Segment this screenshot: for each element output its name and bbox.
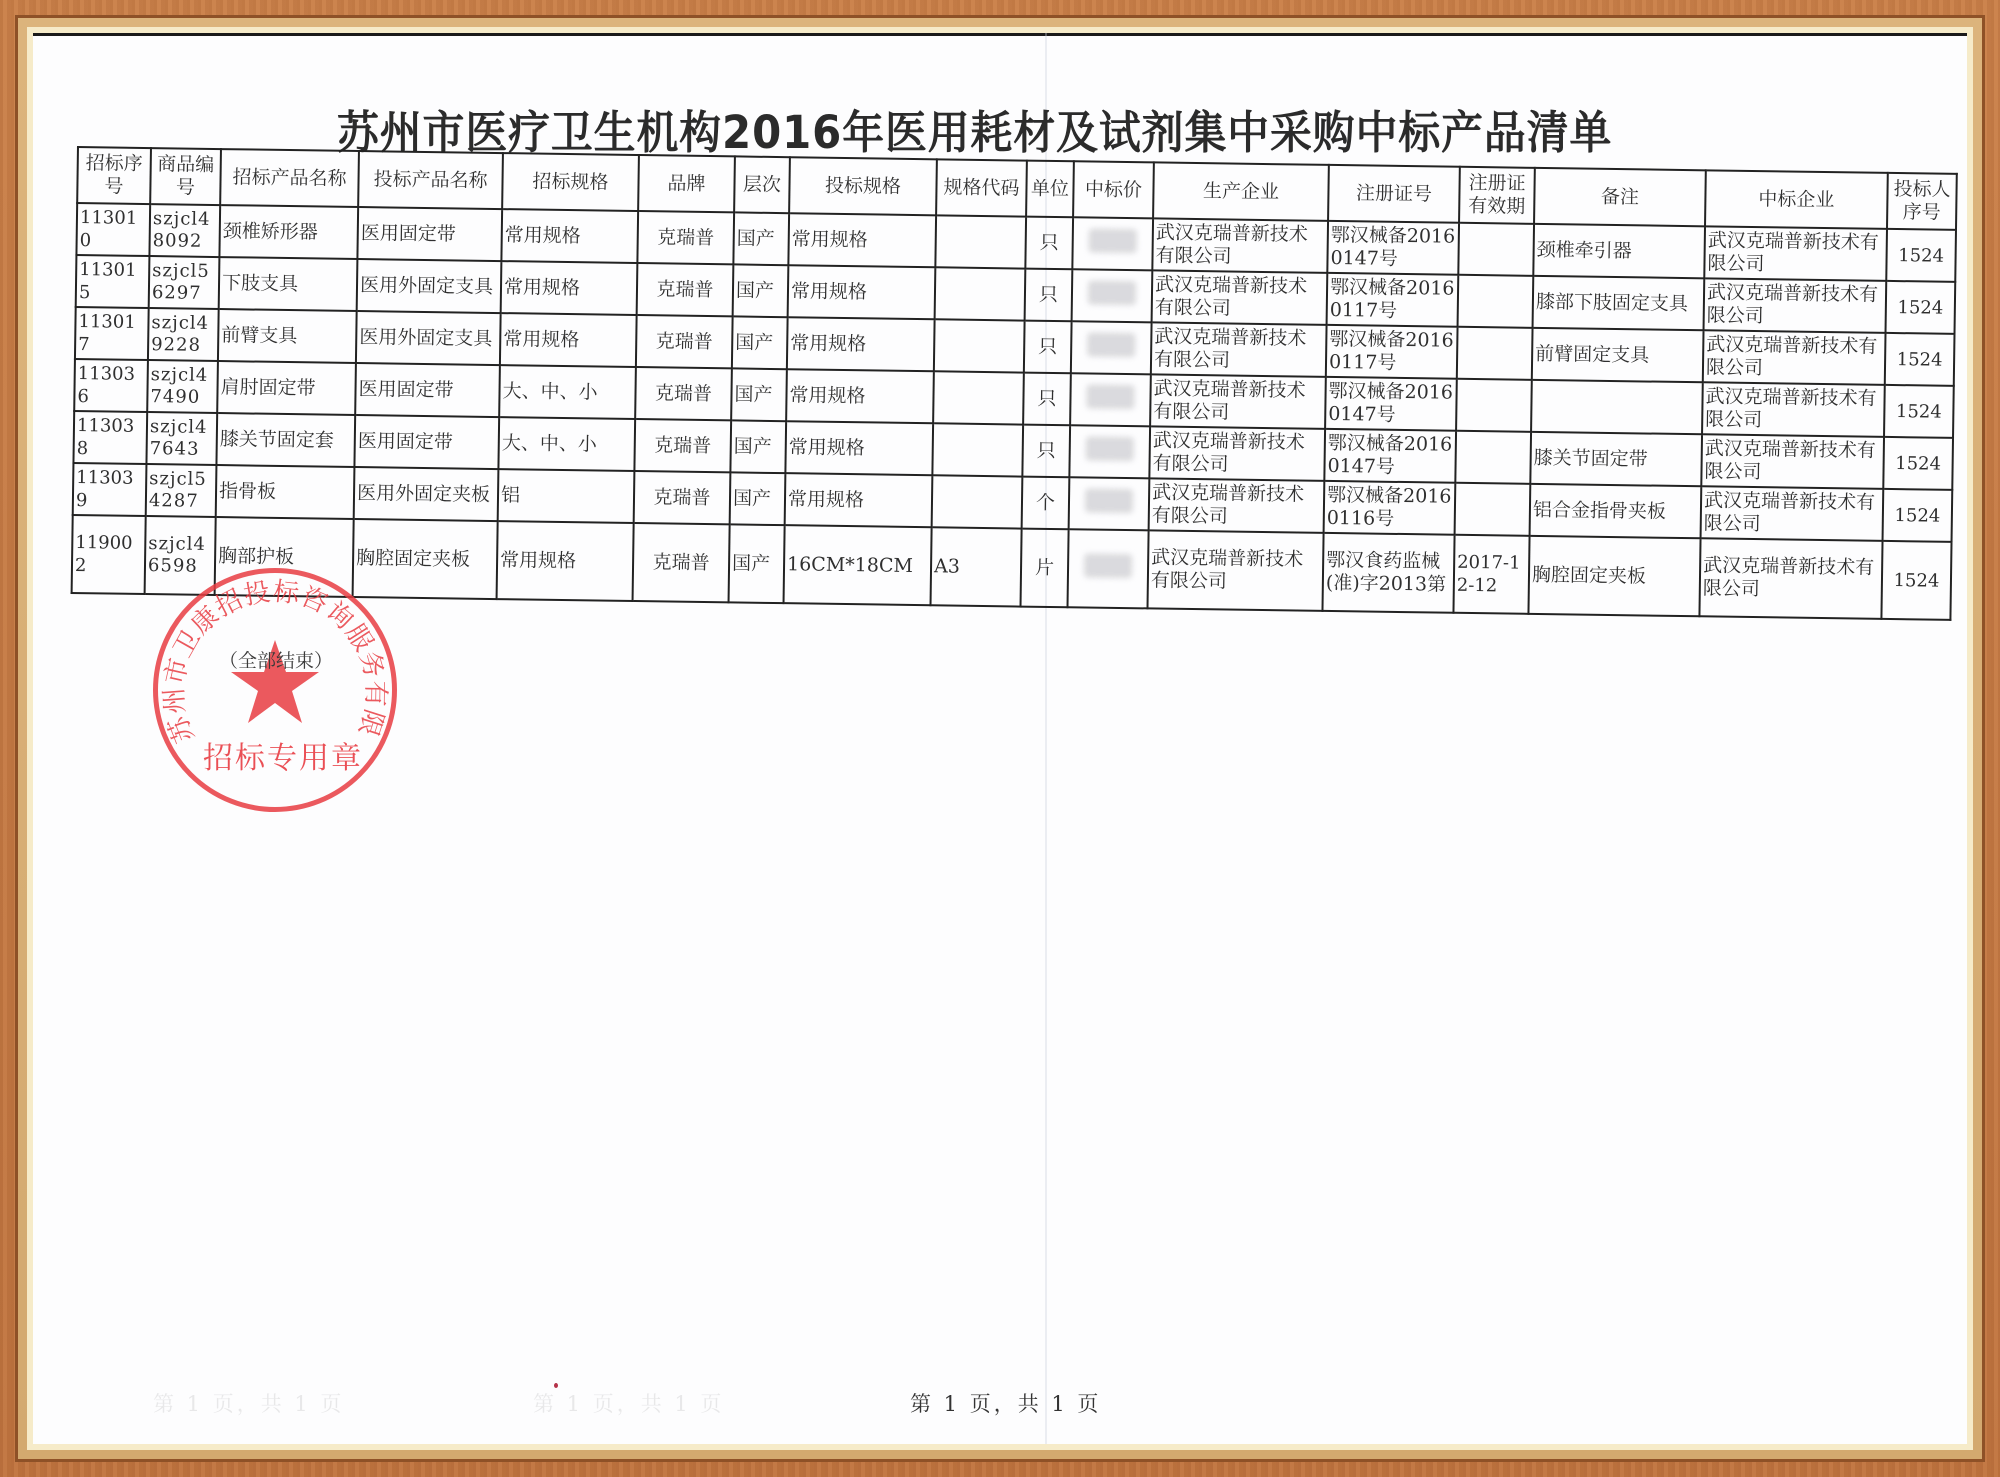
redacted-price [1087,332,1135,357]
cell-winner: 武汉克瑞普新技术有限公司 [1704,226,1887,281]
cell-bidder-no: 1524 [1883,437,1953,490]
cell-tier: 国产 [732,316,788,369]
column-header: 招标产品名称 [220,149,359,207]
cell-brand: 克瑞普 [637,263,734,316]
cell-item-code: szjcl56297 [149,256,220,309]
cell-offer-product: 医用固定带 [355,363,500,417]
cell-offer-spec: 常用规格 [785,421,933,475]
cell-item-code: szjcl49228 [148,308,219,361]
column-header: 中标价 [1073,161,1154,218]
cell-winner: 武汉克瑞普新技术有限公司 [1704,278,1887,333]
cell-unit: 只 [1023,373,1071,426]
cell-bidder-no: 1524 [1881,541,1951,620]
cell-reg-no: 鄂汉械备20160117号 [1327,273,1459,327]
cell-winner: 武汉克瑞普新技术有限公司 [1702,382,1885,437]
cell-bidder-no: 1524 [1885,333,1955,386]
cell-tier: 国产 [733,264,789,317]
cell-spec-code [932,475,1023,528]
cell-bidder-no: 1524 [1886,281,1956,334]
cell-manufacturer: 武汉克瑞普新技术有限公司 [1150,374,1326,428]
cell-bid-product: 膝关节固定套 [216,413,355,467]
cell-spec-code [932,423,1023,476]
cell-reg-no: 鄂汉械备20160147号 [1327,221,1459,275]
cell-spec-code: A3 [931,527,1022,606]
cell-offer-spec: 常用规格 [788,265,936,319]
cell-offer-spec: 常用规格 [787,317,935,371]
cell-price [1072,269,1153,322]
ink-speck [554,1383,558,1388]
cell-spec-code [935,267,1026,320]
cell-price [1069,425,1150,478]
cell-bidder-no: 1524 [1884,385,1954,438]
column-header: 备注 [1534,168,1706,226]
cell-tier: 国产 [733,212,789,265]
cell-item-code: szjcl48092 [149,204,220,257]
cell-reg-expiry [1456,379,1532,432]
redacted-price [1086,384,1134,409]
redacted-price [1088,280,1136,305]
cell-manufacturer: 武汉克瑞普新技术有限公司 [1147,530,1323,610]
cell-manufacturer: 武汉克瑞普新技术有限公司 [1152,270,1328,324]
cell-spec-code [933,371,1024,424]
cell-tier: 国产 [731,368,787,421]
document-title: 苏州市医疗卫生机构2016年医用耗材及试剂集中采购中标产品清单 [337,96,1639,161]
cell-bid-product: 指骨板 [216,465,355,519]
cell-price [1072,217,1153,270]
cell-remark: 铝合金指骨夹板 [1530,484,1702,538]
cell-price [1069,477,1150,530]
cell-bid-spec: 常用规格 [501,209,638,263]
cell-price [1071,321,1152,374]
cell-offer-product: 医用外固定支具 [357,259,502,313]
cell-winner: 武汉克瑞普新技术有限公司 [1703,330,1886,385]
cell-unit: 只 [1024,321,1072,374]
cell-unit: 片 [1021,529,1069,608]
cell-price [1070,373,1151,426]
cell-reg-no: 鄂汉械备20160116号 [1324,481,1456,535]
cell-bid-no: 119002 [72,515,146,594]
cell-price [1068,529,1149,608]
cell-brand: 克瑞普 [636,315,733,368]
column-header: 投标产品名称 [358,151,503,209]
column-header: 投标人序号 [1887,173,1957,230]
cell-reg-no: 鄂汉械备20160117号 [1326,325,1458,379]
scan-edge-line [33,33,1967,36]
cell-manufacturer: 武汉克瑞普新技术有限公司 [1152,218,1328,272]
redacted-price [1084,553,1132,578]
cell-reg-no: 鄂汉械备20160147号 [1325,377,1457,431]
cell-offer-product: 医用固定带 [354,415,499,469]
cell-item-code: szjcl47643 [146,412,217,465]
cell-bid-spec: 铝 [498,469,635,523]
cell-manufacturer: 武汉克瑞普新技术有限公司 [1149,478,1325,532]
cell-reg-expiry [1457,327,1533,380]
column-header: 生产企业 [1153,162,1329,220]
column-header: 注册证有效期 [1459,167,1535,224]
cell-reg-expiry: 2017-12-12 [1453,535,1529,614]
cell-offer-spec: 常用规格 [788,213,936,267]
cell-brand: 克瑞普 [637,211,734,264]
cell-bid-no: 113039 [73,463,147,516]
cell-remark: 前臂固定支具 [1532,328,1704,382]
product-table: 招标序号商品编号招标产品名称投标产品名称招标规格品牌层次投标规格规格代码单位中标… [71,146,1958,621]
cell-offer-product: 医用外固定支具 [356,311,501,365]
column-header: 中标企业 [1705,170,1888,229]
cell-manufacturer: 武汉克瑞普新技术有限公司 [1151,322,1327,376]
cell-bid-product: 肩肘固定带 [217,361,356,415]
cell-winner: 武汉克瑞普新技术有限公司 [1699,538,1882,619]
cell-offer-spec: 常用规格 [786,369,934,423]
cell-bid-no: 113015 [76,255,150,308]
cell-unit: 个 [1022,477,1070,530]
column-header: 招标规格 [502,153,639,211]
cell-winner: 武汉克瑞普新技术有限公司 [1701,486,1884,541]
page-footer: 第 1 页，共 1 页 [910,1388,1101,1418]
column-header: 规格代码 [936,159,1027,216]
cell-bid-product: 下肢支具 [219,257,358,311]
cell-unit: 只 [1025,269,1073,322]
cell-offer-product: 医用外固定夹板 [354,467,499,521]
cell-bid-product: 颈椎矫形器 [219,205,358,259]
cell-bidder-no: 1524 [1886,229,1956,282]
cell-remark: 颈椎牵引器 [1533,224,1705,278]
ghost-page-footer: 第 1 页，共 1 页 [153,1388,344,1418]
column-header: 层次 [734,156,790,213]
cell-reg-expiry [1458,275,1534,328]
cell-reg-expiry [1455,483,1531,536]
cell-item-code: szjcl54287 [146,464,217,517]
cell-winner: 武汉克瑞普新技术有限公司 [1701,434,1884,489]
redacted-price [1085,488,1133,513]
cell-spec-code [935,215,1026,268]
cell-tier: 国产 [729,524,785,603]
column-header: 注册证号 [1328,165,1460,223]
cell-tier: 国产 [730,420,786,473]
ghost-page-footer: 第 1 页，共 1 页 [533,1388,724,1418]
column-header: 投标规格 [789,157,937,215]
column-header: 单位 [1026,161,1074,218]
column-header: 商品编号 [150,148,221,205]
cell-tier: 国产 [730,472,786,525]
cell-brand: 克瑞普 [634,419,731,472]
cell-bid-spec: 大、中、小 [499,365,636,419]
cell-brand: 克瑞普 [635,367,732,420]
cell-reg-expiry [1458,223,1534,276]
cell-bid-spec: 常用规格 [500,313,637,367]
cell-item-code: szjcl47490 [147,360,218,413]
cell-bid-spec: 常用规格 [497,521,634,601]
cell-bid-spec: 常用规格 [501,261,638,315]
cell-unit: 只 [1025,217,1073,270]
cell-bid-product: 前臂支具 [218,309,357,363]
cell-bid-no: 113017 [75,307,149,360]
cell-reg-no: 鄂汉械备20160147号 [1324,429,1456,483]
scanned-document: 苏州市医疗卫生机构2016年医用耗材及试剂集中采购中标产品清单 招标序号商品编号… [33,33,1967,1444]
column-header: 招标序号 [77,147,151,204]
redacted-price [1089,228,1137,253]
cell-bidder-no: 1524 [1883,489,1953,542]
end-note: （全部结束） [191,646,361,673]
column-header: 品牌 [638,155,735,212]
seal-label: 招标专用章 [203,733,363,777]
cell-manufacturer: 武汉克瑞普新技术有限公司 [1149,426,1325,480]
cell-bid-no: 113038 [73,411,147,464]
cell-brand: 克瑞普 [633,523,730,602]
cell-brand: 克瑞普 [634,471,731,524]
cell-bid-no: 113010 [76,203,150,256]
cell-remark: 膝部下肢固定支具 [1533,276,1705,330]
cell-remark: 胸腔固定夹板 [1528,536,1700,616]
cell-spec-code [934,319,1025,372]
cell-remark: 膝关节固定带 [1530,432,1702,486]
cell-offer-spec: 16CM*18CM [784,525,932,605]
cell-reg-no: 鄂汉食药监械(准)字2013第 [1322,533,1454,613]
cell-bid-no: 113036 [74,359,148,412]
cell-reg-expiry [1455,431,1531,484]
cell-unit: 只 [1022,425,1070,478]
cell-offer-spec: 常用规格 [785,473,933,527]
redacted-price [1086,436,1134,461]
cell-remark [1531,380,1703,434]
cell-bid-spec: 大、中、小 [498,417,635,471]
cell-offer-product: 医用固定带 [357,207,502,261]
